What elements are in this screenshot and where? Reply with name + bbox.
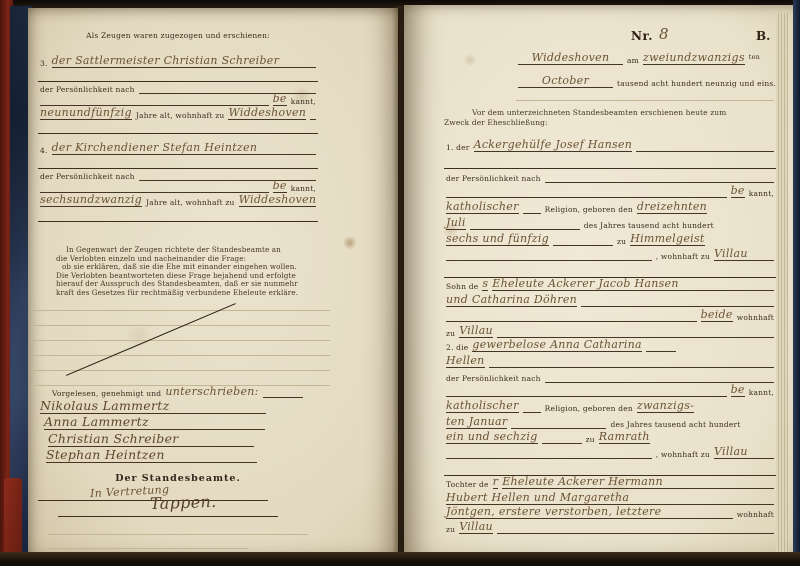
registrar-signature-row: Tappen. bbox=[148, 496, 308, 512]
marriage-register-book-spread: Als Zeugen waren zugezogen und erschiene… bbox=[0, 0, 800, 566]
witness-heading-row: Als Zeugen waren zugezogen und erschiene… bbox=[38, 24, 318, 40]
signature-row: Stephan Heintzen bbox=[44, 447, 259, 463]
faint-rule bbox=[30, 355, 330, 356]
bride-birth-day: zwanzigs- bbox=[637, 399, 694, 413]
page-stack-edge bbox=[776, 13, 788, 559]
groom-residence-row: , wohnhaft zu Villau bbox=[444, 245, 776, 261]
bride-parents-row3: Jöntgen, erstere verstorben, letztere wo… bbox=[444, 503, 776, 519]
bride-residence: Villau bbox=[714, 445, 774, 459]
bride-parents-row1: Tochter de r Eheleute Ackerer Hermann bbox=[444, 473, 776, 489]
groom-religion-label: Religion, geboren den bbox=[545, 205, 633, 214]
record-header-row: Nr. 8 B. bbox=[404, 25, 793, 43]
groom-parent-prefix: Sohn de bbox=[446, 282, 478, 291]
groom-religion: katholischer bbox=[446, 200, 519, 214]
groom-birth-month: Juli bbox=[446, 216, 466, 230]
faint-rule bbox=[30, 310, 330, 311]
bride-parents-zu-label: zu bbox=[446, 525, 455, 534]
bride-residence-row: , wohnhaft zu Villau bbox=[444, 443, 776, 459]
bride-parents-line3: Jöntgen, erstere verstorben, letztere bbox=[446, 505, 733, 519]
groom-parents-line1: Eheleute Ackerer Jacob Hansen bbox=[492, 277, 774, 291]
declaration-line: kraft des Gesetzes für rechtmäßig verbun… bbox=[56, 289, 306, 298]
bride-religion-row: katholischer Religion, geboren den zwanz… bbox=[444, 397, 776, 413]
bride-parent-prefix-hand: r bbox=[493, 475, 499, 489]
bride-birth-month-row: ten Januar des Jahres tausend acht hunde… bbox=[444, 413, 776, 429]
witness4-entry: der Kirchendiener Stefan Heintzen bbox=[52, 141, 316, 155]
book-bottom-edge bbox=[0, 552, 800, 566]
witness-heading: Als Zeugen waren zugezogen und erschiene… bbox=[86, 31, 270, 40]
groom-parents-wohnhaft-label: wohnhaft bbox=[737, 313, 774, 322]
groom-religion-row: katholischer Religion, geboren den dreiz… bbox=[444, 198, 776, 214]
form-rule bbox=[58, 516, 278, 517]
bride-parents-line1: Eheleute Ackerer Hermann bbox=[502, 475, 774, 489]
blank-rule bbox=[636, 148, 774, 152]
groom-year-label: des Jahres tausend acht hundert bbox=[584, 221, 714, 230]
witness3-entry: der Sattlermeister Christian Schreiber bbox=[52, 54, 316, 68]
am-label: am bbox=[627, 56, 639, 65]
groom-known-printed: kannt, bbox=[749, 189, 774, 198]
groom-parents-line2: und Catharina Döhren bbox=[446, 293, 577, 307]
signature-row: Christian Schreiber bbox=[46, 431, 256, 447]
blank-rule bbox=[497, 530, 774, 534]
record-day: zweiundzwanzigs bbox=[643, 51, 745, 65]
record-place: Widdeshoven bbox=[518, 51, 623, 65]
groom-parents-row1: Sohn de s Eheleute Ackerer Jacob Hansen bbox=[444, 275, 776, 291]
witness3-age-label: Jahre alt, wohnhaft zu bbox=[136, 111, 225, 120]
month-year-row: October tausend acht hundert neunzig und… bbox=[516, 72, 778, 88]
bride-parent-prefix: Tochter de bbox=[446, 480, 489, 489]
groom-number-label: 1. der bbox=[446, 143, 470, 152]
closing-printed: Vorgelesen, genehmigt und bbox=[52, 389, 161, 398]
faint-rule bbox=[48, 534, 308, 535]
faint-rule bbox=[30, 340, 330, 341]
signature: Christian Schreiber bbox=[48, 431, 254, 447]
witness3-age: neunundfünfzig bbox=[40, 106, 132, 120]
closing-hand: unterschrieben: bbox=[165, 385, 258, 398]
witness4-entry-row: 4. der Kirchendiener Stefan Heintzen bbox=[38, 139, 318, 155]
bride-known-hand: be bbox=[731, 383, 745, 397]
witness3-age-row: neunundfünfzig Jahre alt, wohnhaft zu Wi… bbox=[38, 104, 318, 120]
signature-row: Nikolaus Lammertz bbox=[38, 398, 268, 414]
witness4-residence: Widdeshoven bbox=[239, 193, 317, 207]
left-page: Als Zeugen waren zugezogen und erschiene… bbox=[28, 8, 398, 554]
bride-name-row2: Hellen bbox=[444, 352, 776, 368]
groom-parents-both: beide bbox=[701, 308, 733, 322]
intro-paragraph: Vor dem unterzeichneten Standesbeamten e… bbox=[444, 108, 776, 127]
intro-line: Vor dem unterzeichneten Standesbeamten e… bbox=[444, 108, 776, 118]
groom-residence-label: , wohnhaft zu bbox=[656, 252, 710, 261]
registrar-signature: Tappen. bbox=[150, 492, 217, 513]
book-cover-red-corner bbox=[4, 478, 22, 558]
bride-name-line1: gewerbelose Anna Catharina bbox=[472, 338, 642, 352]
groom-identity-row: der Persönlichkeit nach bbox=[444, 167, 776, 183]
witness3-number: 3. bbox=[40, 59, 48, 68]
groom-birth-year-row: sechs und fünfzig zu Himmelgeist bbox=[444, 230, 776, 246]
blank-rule bbox=[446, 257, 652, 261]
witness4-age-row: sechsundzwanzig Jahre alt, wohnhaft zu W… bbox=[38, 191, 318, 207]
bride-birth-year: ein und sechzig bbox=[446, 430, 538, 444]
closing-row: Vorgelesen, genehmigt und unterschrieben… bbox=[50, 382, 318, 398]
groom-parents-row2: und Catharina Döhren bbox=[444, 291, 776, 307]
bride-known-printed: kannt, bbox=[749, 388, 774, 397]
witness3-entry-row: 3. der Sattlermeister Christian Schreibe… bbox=[38, 52, 318, 68]
signature: Anna Lammertz bbox=[44, 414, 265, 430]
bride-name-row1: 2. die gewerbelose Anna Catharina bbox=[444, 336, 776, 352]
record-number-value: 8 bbox=[659, 25, 669, 43]
blank-rule bbox=[310, 116, 316, 120]
groom-known-hand: be bbox=[731, 184, 745, 198]
groom-known-row: be kannt, bbox=[444, 182, 776, 198]
bride-birth-day-cont: ten Januar bbox=[446, 415, 507, 429]
witness4-number: 4. bbox=[40, 146, 48, 155]
bride-parents-zu-row: zu Villau bbox=[444, 518, 776, 534]
groom-birth-day: dreizehnten bbox=[637, 200, 707, 214]
day-suffix: ten bbox=[749, 53, 760, 61]
form-rule bbox=[38, 133, 318, 134]
groom-name-row: 1. der Ackergehülfe Josef Hansen bbox=[444, 136, 776, 152]
faint-rule bbox=[516, 100, 774, 101]
witness3-residence: Widdeshoven bbox=[228, 106, 306, 120]
groom-parents-residence-row: beide wohnhaft bbox=[444, 306, 776, 322]
right-page: Nr. 8 B. Widdeshoven am zweiundzwanzigs … bbox=[404, 5, 793, 554]
blank-rule bbox=[263, 394, 303, 398]
witness4-age: sechsundzwanzig bbox=[40, 193, 142, 207]
groom-name: Ackergehülfe Josef Hansen bbox=[474, 138, 633, 152]
bride-known-row: be kannt, bbox=[444, 381, 776, 397]
book-cover-right-edge bbox=[793, 0, 800, 566]
bride-birth-place: Ramrath bbox=[599, 430, 650, 444]
groom-parent-prefix-hand: s bbox=[482, 277, 488, 291]
groom-birth-year: sechs und fünfzig bbox=[446, 232, 549, 246]
witness4-age-label: Jahre alt, wohnhaft zu bbox=[146, 198, 235, 207]
bride-parents-residence: Villau bbox=[459, 520, 493, 534]
bride-number-label: 2. die bbox=[446, 343, 468, 352]
series-letter: B. bbox=[756, 29, 770, 43]
declaration-paragraph: In Gegenwart der Zeugen richtete der Sta… bbox=[56, 246, 306, 297]
signature: Stephan Heintzen bbox=[46, 447, 257, 463]
bride-religion: katholischer bbox=[446, 399, 519, 413]
faint-rule bbox=[48, 548, 248, 549]
groom-residence: Villau bbox=[714, 247, 774, 261]
record-number-label: Nr. bbox=[631, 29, 653, 43]
groom-birth-place: Himmelgeist bbox=[630, 232, 704, 246]
bride-residence-label: , wohnhaft zu bbox=[656, 450, 710, 459]
signature: Nikolaus Lammertz bbox=[40, 398, 266, 414]
groom-birth-month-row: Juli des Jahres tausend acht hundert bbox=[444, 214, 776, 230]
record-month: October bbox=[518, 74, 613, 88]
signature-row: Anna Lammertz bbox=[42, 414, 267, 430]
record-year-printed: tausend acht hundert neunzig und eins. bbox=[617, 79, 776, 88]
blank-rule bbox=[446, 455, 652, 459]
bride-birth-year-row: ein und sechzig zu Ramrath bbox=[444, 428, 776, 444]
bride-name-line2: Hellen bbox=[446, 354, 485, 368]
intro-line: Zweck der Eheschließung: bbox=[444, 118, 776, 128]
bride-religion-label: Religion, geboren den bbox=[545, 404, 633, 413]
form-rule bbox=[38, 221, 318, 222]
place-date-row: Widdeshoven am zweiundzwanzigs ten bbox=[516, 49, 778, 65]
